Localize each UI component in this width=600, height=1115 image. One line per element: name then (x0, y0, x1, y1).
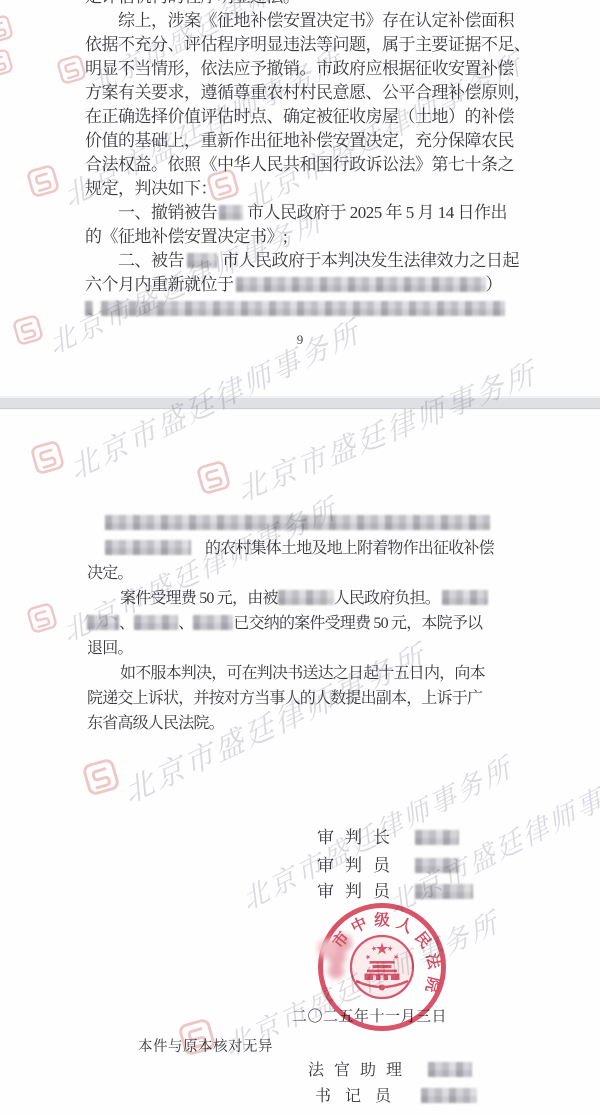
line-text: 综上，涉案《征地补偿安置决定书》存在认定补偿面积 (118, 11, 514, 30)
line-text: 院递交上诉状，并按对方当事人的人数提出副本，上诉于广 (87, 690, 482, 707)
text-line (87, 513, 527, 534)
redacted-text (193, 615, 233, 630)
text-line: 综上，涉案《征地补偿安置决定书》存在认定补偿面积 (85, 10, 558, 31)
text-line (85, 298, 525, 319)
redacted-judge-name (415, 830, 459, 845)
seal-arc-char: 中 (348, 914, 370, 937)
line-text: 规定，判决如下： (85, 179, 217, 198)
text-line: 决定。 (87, 563, 527, 584)
line-text: 方案有关要求，遵循尊重农村村民意愿、公平合理补偿原则， (85, 83, 531, 102)
text-line: 价值的基础上，重新作出征地补偿安置决定，充分保障农民 (85, 130, 525, 151)
text-line: 明显不当情形，依法应予撤销。市政府应根据征收安置补偿 (85, 58, 525, 79)
text-line: 合法权益。依照《中华人民共和国行政诉讼法》第七十条之 (85, 154, 525, 175)
line-text: 退回。 (87, 640, 133, 657)
verification-note: 本件与原本核对无异 (138, 1035, 273, 1056)
text-line: 院递交上诉状，并按对方当事人的人数提出副本，上诉于广 (87, 688, 527, 709)
text-line: 六个月内重新就位于） (85, 274, 525, 295)
line-text: 依据不充分、评估程序明显违法等问题，属于主要证据不足、 (85, 35, 531, 54)
line-text: 的农村集体土地及地上附着物作出征收补偿 (205, 540, 494, 557)
text-line: 、、已交纳的案件受理费 50 元，本院予以 (87, 613, 527, 634)
redacted-text (219, 205, 243, 220)
redacted-text (101, 301, 505, 316)
redacted-text (442, 590, 488, 605)
text-line: 在正确选择价值评估时点、确定被征收房屋（土地）的补偿 (85, 106, 525, 127)
redacted-text (87, 615, 119, 630)
judge-signature-row: 审判长 (317, 823, 459, 848)
line-text: 二、被告 (118, 251, 184, 270)
line-text: 已交纳的案件受理费 50 元，本院予以 (233, 615, 482, 632)
redacted-text (187, 253, 217, 268)
page-break-divider (0, 396, 600, 410)
line-text: 如不服本判决，可在判决书送达之日起十五日内，向本 (120, 665, 485, 682)
text-line: 规定，判决如下： (85, 178, 525, 199)
text-line: 一、撤销被告市人民政府于 2025 年 5 月 14 日作出 (85, 202, 558, 223)
text-line: 二、被告市人民政府于本判决发生法律效力之日起 (85, 250, 558, 271)
line-text: 的《征地补偿安置决定书》; (85, 227, 287, 246)
line-text: 定评估机构的程序明显违法。 (85, 0, 300, 6)
court-seal: 市中级人民法院 (312, 897, 452, 1037)
official-title: 书记员 (315, 1088, 405, 1105)
line-text: 决定。 (87, 565, 133, 582)
redacted-text (85, 301, 93, 316)
judge-title: 审判长 (317, 828, 401, 847)
line-text: 、 (119, 615, 134, 632)
seal-arc-char: 级 (374, 910, 390, 929)
scanned-judgment-document: { "firm_watermark": { "text": "北京市盛廷律师事务… (0, 0, 600, 1115)
page-number: 9 (0, 332, 600, 348)
line-text: 东省高级人民法院。 (87, 715, 224, 732)
redacted-official-name (428, 1062, 472, 1077)
seal-arc-char: 人 (394, 914, 416, 937)
redacted-text (236, 277, 486, 292)
line-text: 在正确选择价值评估时点、确定被征收房屋（土地）的补偿 (85, 107, 514, 126)
page-1: 定评估机构的程序明显违法。综上，涉案《征地补偿安置决定书》存在认定补偿面积依据不… (0, 0, 600, 396)
redacted-judge-name (415, 858, 459, 873)
seal-arc-char: 法 (422, 952, 443, 971)
line-text: 人民政府负担。 (334, 590, 440, 607)
line-text: ） (486, 275, 503, 294)
line-text: 合法权益。依照《中华人民共和国行政诉讼法》第七十条之 (85, 155, 514, 174)
official-signature-row: 书记员 (315, 1083, 477, 1106)
redacted-text (278, 590, 334, 605)
line-text: 、 (178, 615, 193, 632)
text-line: 案件受理费 50 元，由被人民政府负担。 (87, 588, 560, 609)
line-text: 案件受理费 50 元，由被 (120, 590, 278, 607)
line-text: 价值的基础上，重新作出征地补偿安置决定，充分保障农民 (85, 131, 514, 150)
judge-signature-row: 审判员 (317, 851, 459, 876)
redacted-official-name (421, 1088, 477, 1103)
line-text: 六个月内重新就位于 (85, 275, 234, 294)
line-text: 市人民政府于 2025 年 5 月 14 日作出 (247, 203, 507, 222)
national-emblem-icon (351, 936, 413, 998)
redacted-text (105, 540, 191, 555)
page-2: 的农村集体土地及地上附着物作出征收补偿决定。案件受理费 50 元，由被人民政府负… (0, 410, 600, 1115)
redacted-text (134, 615, 178, 630)
line-text: 明显不当情形，依法应予撤销。市政府应根据征收安置补偿 (85, 59, 514, 78)
text-line: 如不服本判决，可在判决书送达之日起十五日内，向本 (87, 663, 560, 684)
text-line: 的《征地补偿安置决定书》; (85, 226, 525, 247)
redacted-text (105, 515, 490, 530)
text-line: 的农村集体土地及地上附着物作出征收补偿 (87, 538, 527, 559)
text-line: 定评估机构的程序明显违法。 (85, 0, 525, 7)
line-text: 一、撤销被告 (118, 203, 217, 222)
text-line: 方案有关要求，遵循尊重农村村民意愿、公平合理补偿原则， (85, 82, 525, 103)
official-title: 法官助理 (308, 1062, 412, 1079)
line-text: 市人民政府于本判决发生法律效力之日起 (222, 251, 519, 270)
official-signature-row: 法官助理 (308, 1057, 472, 1080)
text-line: 退回。 (87, 638, 527, 659)
judge-title: 审判员 (317, 856, 401, 875)
text-line: 依据不充分、评估程序明显违法等问题，属于主要证据不足、 (85, 34, 525, 55)
text-line: 东省高级人民法院。 (87, 713, 527, 734)
